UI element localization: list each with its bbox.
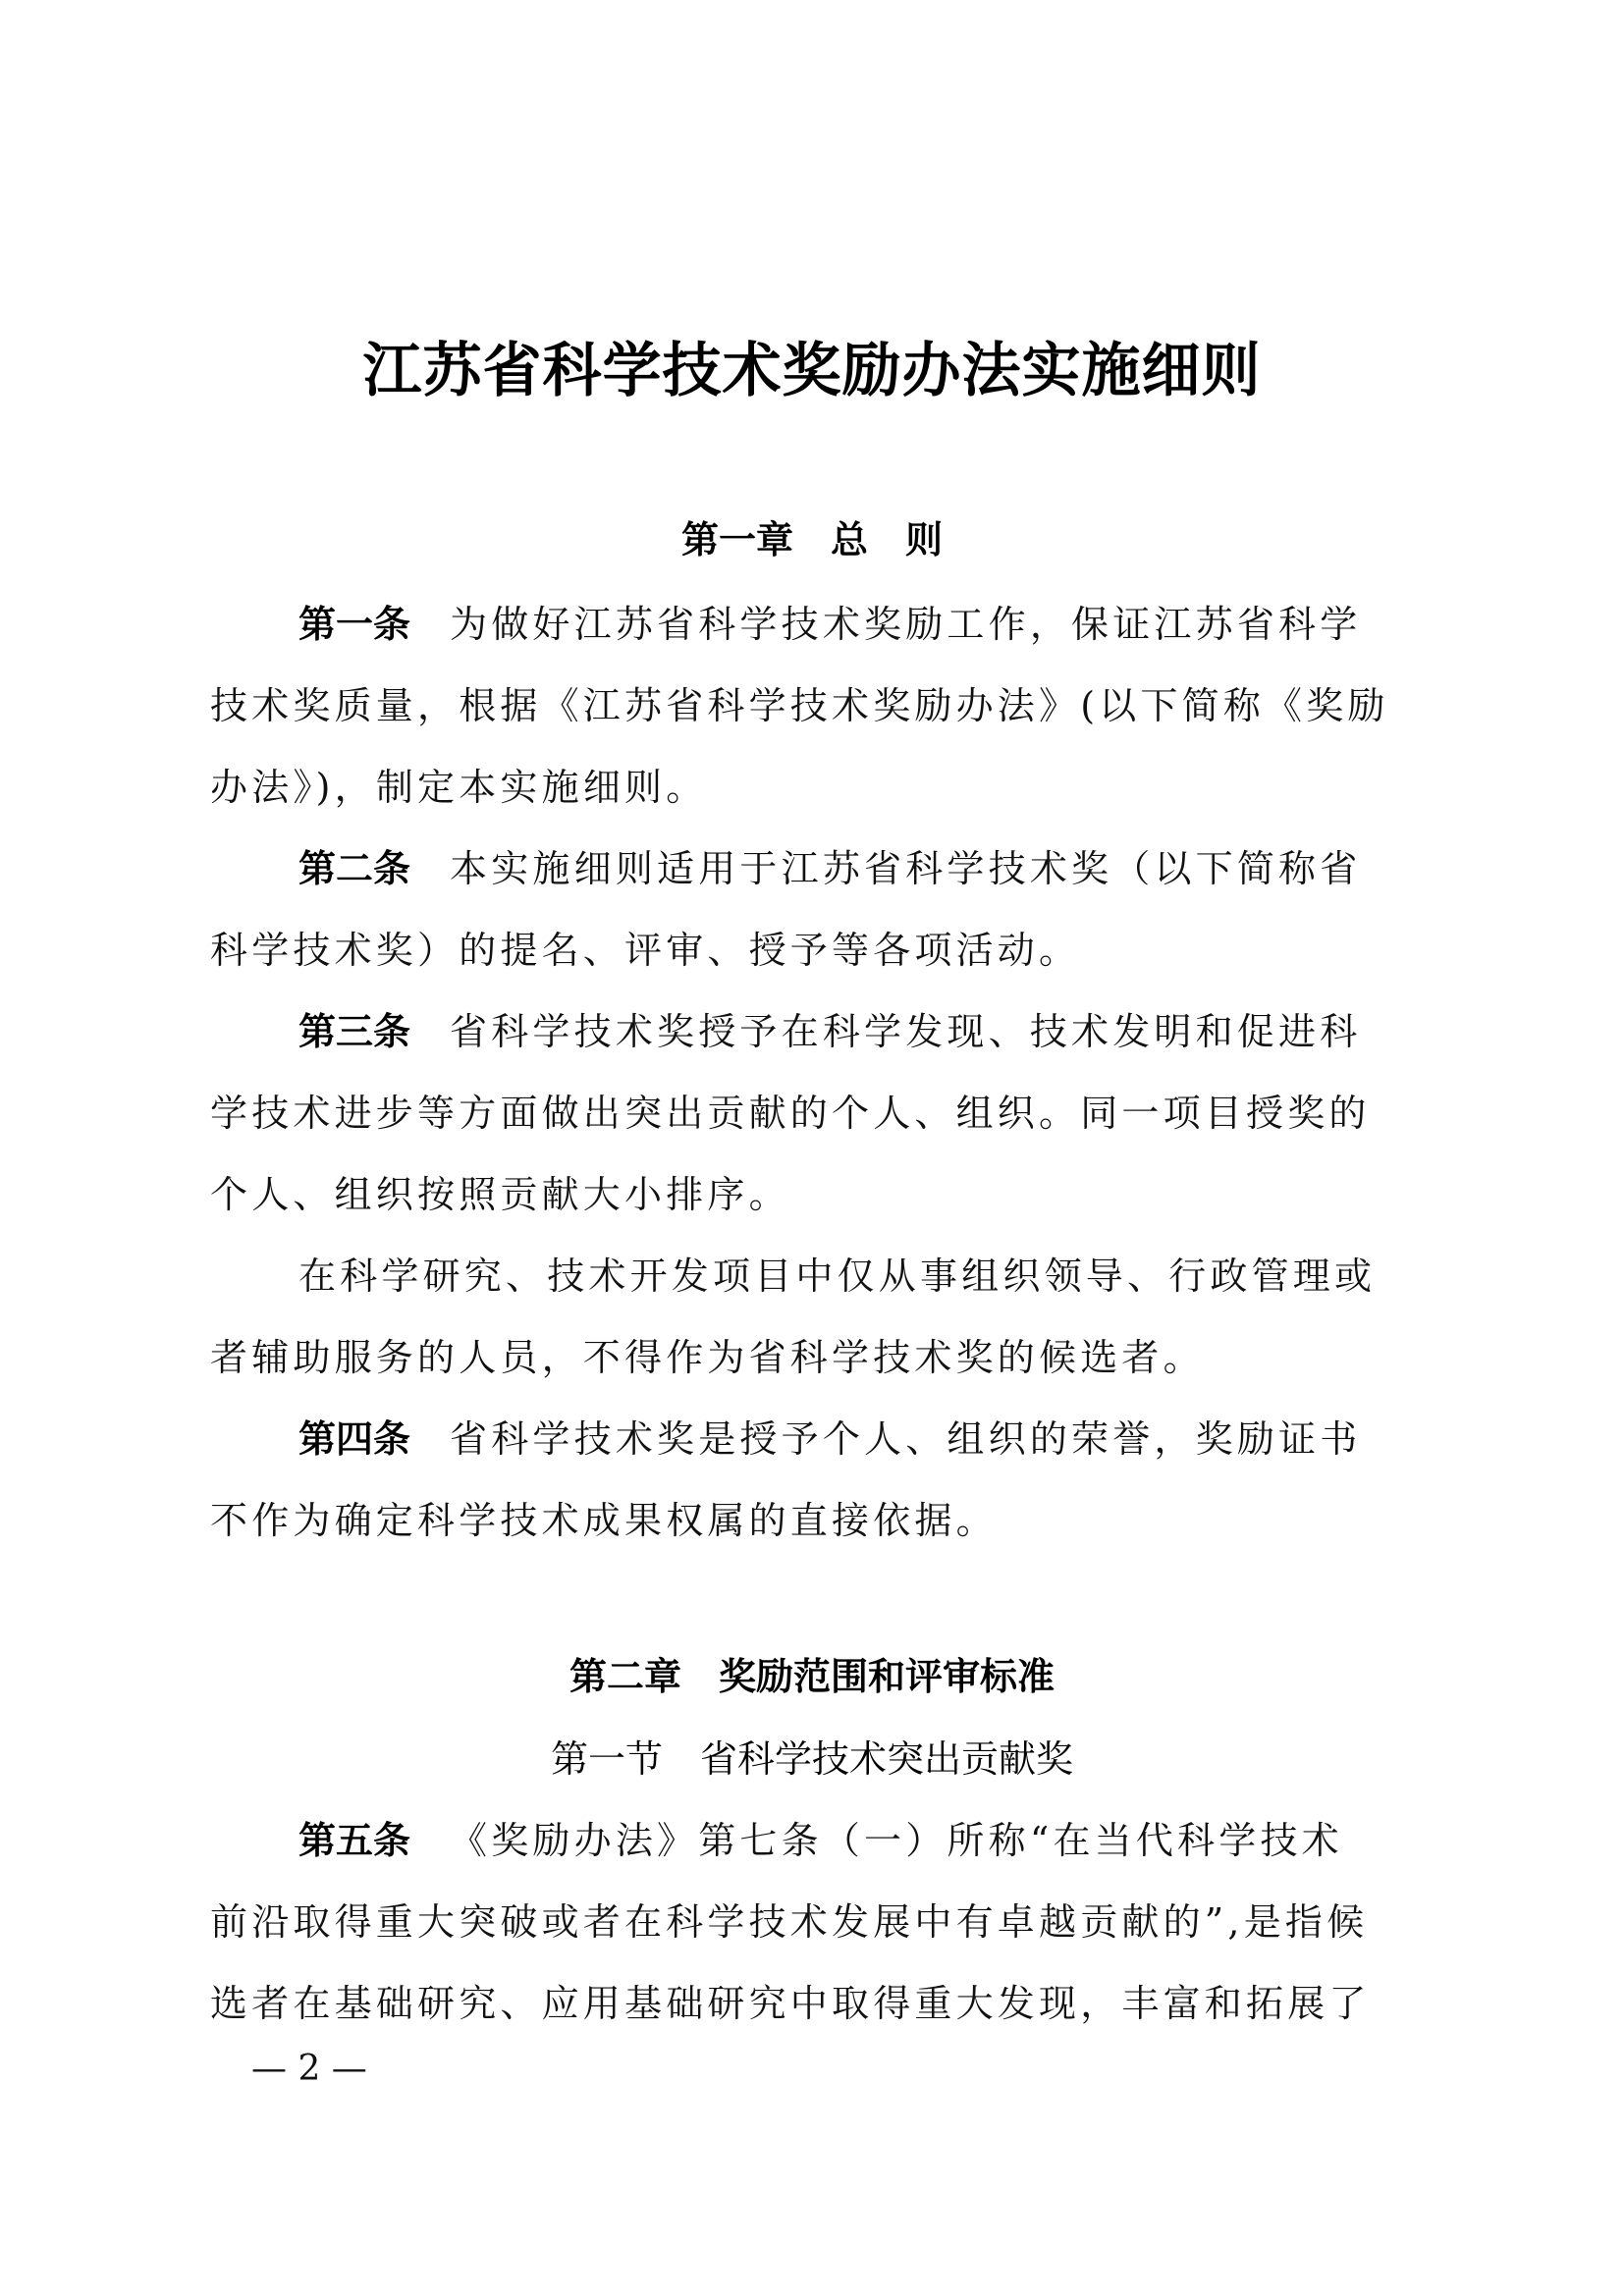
article-text: 《奖励办法》第七条（一）所称“在当代科学技术 xyxy=(450,1819,1343,1862)
article-text: 为做好江苏省科学技术奖励工作，保证江苏省科学 xyxy=(450,603,1361,646)
article-1-line-3: 办法》)，制定本实施细则。 xyxy=(210,758,1428,817)
article-4-line-2: 不作为确定科学技术成果权属的直接依据。 xyxy=(210,1491,1428,1550)
chapter-1-heading: 第一章 总 则 xyxy=(0,510,1624,569)
article-1-line-1: 第一条为做好江苏省科学技术奖励工作，保证江苏省科学 xyxy=(298,595,1428,654)
article-5-line-1: 第五条《奖励办法》第七条（一）所称“在当代科学技术 xyxy=(298,1811,1428,1870)
article-3-line-1: 第三条省科学技术奖授予在科学发现、技术发明和促进科 xyxy=(298,1002,1428,1061)
article-4-label: 第四条 xyxy=(298,1417,410,1461)
article-2-label: 第二条 xyxy=(298,847,410,890)
document-title: 江苏省科学技术奖励办法实施细则 xyxy=(0,332,1624,410)
article-5-label: 第五条 xyxy=(298,1819,410,1862)
article-3-para-2-line-1: 在科学研究、技术开发项目中仅从事组织领导、行政管理或 xyxy=(298,1247,1428,1306)
article-1-label: 第一条 xyxy=(298,603,410,646)
chapter-2-heading: 第二章 奖励范围和评审标准 xyxy=(0,1647,1624,1706)
article-3-line-3: 个人、组织按照贡献大小排序。 xyxy=(210,1165,1428,1224)
document-page: 江苏省科学技术奖励办法实施细则 第一章 总 则 第一条为做好江苏省科学技术奖励工… xyxy=(0,0,1624,2296)
article-2-line-2: 科学技术奖）的提名、评审、授予等各项活动。 xyxy=(210,921,1428,980)
article-text: 本实施细则适用于江苏省科学技术奖（以下简称省 xyxy=(450,847,1361,890)
article-4-line-1: 第四条省科学技术奖是授予个人、组织的荣誉，奖励证书 xyxy=(298,1410,1428,1468)
article-2-line-1: 第二条本实施细则适用于江苏省科学技术奖（以下简称省 xyxy=(298,839,1428,898)
page-number: — 2 — xyxy=(251,2045,367,2094)
article-3-line-2: 学技术进步等方面做出突出贡献的个人、组织。同一项目授奖的 xyxy=(210,1084,1428,1143)
article-3-para-2-line-2: 者辅助服务的人员，不得作为省科学技术奖的候选者。 xyxy=(210,1328,1428,1387)
article-5-line-3: 选者在基础研究、应用基础研究中取得重大发现，丰富和拓展了 xyxy=(210,1974,1428,2033)
article-1-line-2: 技术奖质量，根据《江苏省科学技术奖励办法》(以下简称《奖励 xyxy=(210,676,1428,735)
section-1-heading: 第一节 省科学技术突出贡献奖 xyxy=(0,1730,1624,1789)
article-text: 省科学技术奖授予在科学发现、技术发明和促进科 xyxy=(450,1010,1361,1053)
article-5-line-2: 前沿取得重大突破或者在科学技术发展中有卓越贡献的”,是指候 xyxy=(210,1893,1428,1951)
article-text: 省科学技术奖是授予个人、组织的荣誉，奖励证书 xyxy=(450,1417,1361,1461)
article-3-label: 第三条 xyxy=(298,1010,410,1053)
